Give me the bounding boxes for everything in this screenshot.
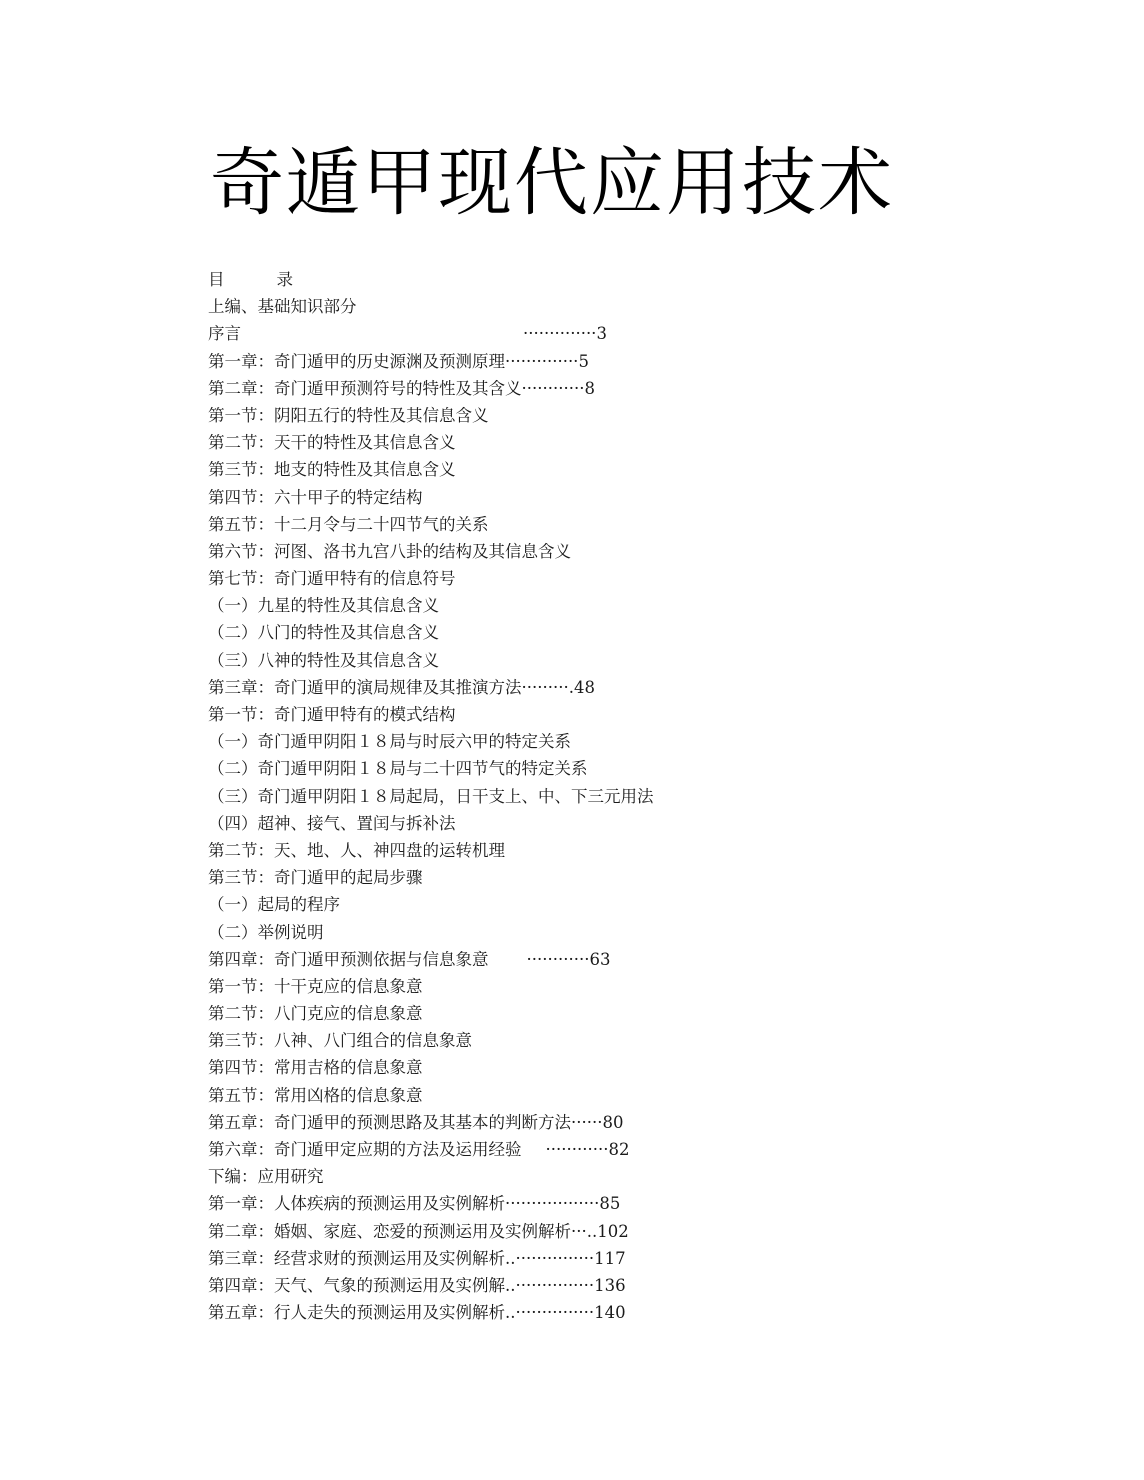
- toc-entry-title: 第二节：天、地、人、神四盘的运转机理: [208, 841, 505, 860]
- toc-entry-title: 第一章：人体疾病的预测运用及实例解析: [208, 1194, 505, 1213]
- toc-entry-title: 第一节：奇门遁甲特有的模式结构: [208, 705, 456, 724]
- toc-entry-page-number: 63: [589, 950, 610, 969]
- toc-entry[interactable]: 第一节：奇门遁甲特有的模式结构: [208, 701, 728, 728]
- toc-entry-title: 第三节：地支的特性及其信息含义: [208, 460, 456, 479]
- toc-entry[interactable]: 第四节：六十甲子的特定结构: [208, 484, 728, 511]
- toc-entry-title: 第三章：经营求财的预测运用及实例解析: [208, 1249, 505, 1268]
- toc-entry-title: （二）奇门遁甲阴阳１８局与二十四节气的特定关系: [208, 759, 588, 778]
- toc-entry-title: 第三章：奇门遁甲的演局规律及其推演方法: [208, 678, 522, 697]
- toc-entry[interactable]: （一）起局的程序: [208, 891, 728, 918]
- toc-entry-leader: ············: [522, 379, 585, 398]
- toc-entry-title: 第一章：奇门遁甲的历史源渊及预测原理: [208, 352, 505, 371]
- toc-entry-title: 序言: [208, 324, 241, 343]
- toc-entry-title: 第六章：奇门遁甲定应期的方法及运用经验: [208, 1140, 522, 1159]
- toc-entry[interactable]: 第四章：天气、气象的预测运用及实例解..···············136: [208, 1272, 728, 1299]
- toc-entry-page-number: 136: [594, 1276, 626, 1295]
- toc-entry[interactable]: 第三章：经营求财的预测运用及实例解析..···············117: [208, 1245, 728, 1272]
- toc-entry-leader: ··············: [523, 324, 596, 343]
- document-title: 奇遁甲现代应用技术: [210, 138, 890, 228]
- toc-entry-title: 第五节：常用凶格的信息象意: [208, 1086, 423, 1105]
- toc-entry[interactable]: 第五节：常用凶格的信息象意: [208, 1082, 728, 1109]
- toc-entry[interactable]: 下编：应用研究: [208, 1163, 728, 1190]
- toc-entry-title: 上编、基础知识部分: [208, 297, 357, 316]
- toc-entry[interactable]: 序言··············3: [208, 320, 728, 347]
- toc-entry[interactable]: 第二章：婚姻、家庭、恋爱的预测运用及实例解析···..102: [208, 1218, 728, 1245]
- toc-entry-page-number: 3: [596, 324, 607, 343]
- toc-entry-title: 第三节：八神、八门组合的信息象意: [208, 1031, 472, 1050]
- toc-entry-title: 第四章：天气、气象的预测运用及实例解: [208, 1276, 505, 1295]
- toc-entry-title: 第一节：阴阳五行的特性及其信息含义: [208, 406, 489, 425]
- toc-entry-leader: ··················: [505, 1194, 599, 1213]
- toc-entry-leader: ··············: [505, 352, 578, 371]
- toc-entry-title: （二）八门的特性及其信息含义: [208, 623, 439, 642]
- toc-entry-leader: ······: [571, 1113, 602, 1132]
- toc-entry[interactable]: 第四章：奇门遁甲预测依据与信息象意············63: [208, 946, 728, 973]
- toc-entry[interactable]: 第一章：人体疾病的预测运用及实例解析··················85: [208, 1190, 728, 1217]
- toc-entry-page-number: 117: [594, 1249, 626, 1268]
- toc-entry[interactable]: 第二节：天、地、人、神四盘的运转机理: [208, 837, 728, 864]
- toc-entry[interactable]: 第三章：奇门遁甲的演局规律及其推演方法·········.48: [208, 674, 728, 701]
- toc-entry-title: 第四节：六十甲子的特定结构: [208, 488, 423, 507]
- toc-entry-leader: ············: [546, 1140, 609, 1159]
- toc-entry[interactable]: 第六节：河图、洛书九宫八卦的结构及其信息含义: [208, 538, 728, 565]
- toc-entry-title: （一）九星的特性及其信息含义: [208, 596, 439, 615]
- toc-entry[interactable]: （一）奇门遁甲阴阳１８局与时辰六甲的特定关系: [208, 728, 728, 755]
- toc-entry-leader: ..···············: [505, 1303, 594, 1322]
- toc-entry[interactable]: 第七节：奇门遁甲特有的信息符号: [208, 565, 728, 592]
- toc-entry-page-number: 140: [594, 1303, 626, 1322]
- toc-entry[interactable]: 第三节：八神、八门组合的信息象意: [208, 1027, 728, 1054]
- toc-entry-page-number: 8: [584, 379, 595, 398]
- toc-entry-title: 第四章：奇门遁甲预测依据与信息象意: [208, 950, 489, 969]
- toc-entry-title: （三）奇门遁甲阴阳１８局起局，日干支上、中、下三元用法: [208, 787, 654, 806]
- toc-entry[interactable]: （二）举例说明: [208, 919, 728, 946]
- toc-entry[interactable]: 第二节：天干的特性及其信息含义: [208, 429, 728, 456]
- toc-entry-title: （一）奇门遁甲阴阳１８局与时辰六甲的特定关系: [208, 732, 571, 751]
- toc-entry-title: 第二节：天干的特性及其信息含义: [208, 433, 456, 452]
- toc-entry-title: 第二章：奇门遁甲预测符号的特性及其含义: [208, 379, 522, 398]
- toc-entry[interactable]: 第一节：十干克应的信息象意: [208, 973, 728, 1000]
- toc-entry[interactable]: 第三节：奇门遁甲的起局步骤: [208, 864, 728, 891]
- toc-entry-title: 第七节：奇门遁甲特有的信息符号: [208, 569, 456, 588]
- toc-entry-leader: ·········: [522, 678, 569, 697]
- toc-entry-leader: ···..: [571, 1222, 597, 1241]
- toc-entry[interactable]: （二）奇门遁甲阴阳１８局与二十四节气的特定关系: [208, 755, 728, 782]
- toc-entry[interactable]: （四）超神、接气、置闰与拆补法: [208, 810, 728, 837]
- toc-entry-title: 第一节：十干克应的信息象意: [208, 977, 423, 996]
- toc-entry-page-number: 80: [602, 1113, 623, 1132]
- toc-entry-title: 第四节：常用吉格的信息象意: [208, 1058, 423, 1077]
- toc-entry[interactable]: （一）九星的特性及其信息含义: [208, 592, 728, 619]
- toc-entry[interactable]: 第一章：奇门遁甲的历史源渊及预测原理··············5: [208, 348, 728, 375]
- toc-entry[interactable]: 第五节：十二月令与二十四节气的关系: [208, 511, 728, 538]
- toc-entry-title: 第五章：行人走失的预测运用及实例解析: [208, 1303, 505, 1322]
- toc-entries: 上编、基础知识部分序言··············3第一章：奇门遁甲的历史源渊及…: [208, 293, 728, 1326]
- toc-entry[interactable]: 第四节：常用吉格的信息象意: [208, 1054, 728, 1081]
- toc-entry-page-number: 102: [597, 1222, 629, 1241]
- toc-entry-page-number: 5: [578, 352, 589, 371]
- toc-entry[interactable]: 第二章：奇门遁甲预测符号的特性及其含义············8: [208, 375, 728, 402]
- toc-entry[interactable]: （二）八门的特性及其信息含义: [208, 619, 728, 646]
- toc-entry-title: 第六节：河图、洛书九宫八卦的结构及其信息含义: [208, 542, 571, 561]
- toc-entry-title: 第五节：十二月令与二十四节气的关系: [208, 515, 489, 534]
- toc-entry[interactable]: 第一节：阴阳五行的特性及其信息含义: [208, 402, 728, 429]
- toc-entry-title: （二）举例说明: [208, 923, 324, 942]
- toc-entry[interactable]: 第三节：地支的特性及其信息含义: [208, 456, 728, 483]
- toc-entry[interactable]: （三）奇门遁甲阴阳１８局起局，日干支上、中、下三元用法: [208, 783, 728, 810]
- toc-entry-title: （三）八神的特性及其信息含义: [208, 651, 439, 670]
- toc-entry[interactable]: 第五章：行人走失的预测运用及实例解析..···············140: [208, 1299, 728, 1326]
- toc-entry-page-number: .48: [569, 678, 595, 697]
- toc-entry-page-number: 82: [608, 1140, 629, 1159]
- toc-entry-leader: ············: [527, 950, 590, 969]
- toc-entry-title: （一）起局的程序: [208, 895, 340, 914]
- toc-entry-title: 第二章：婚姻、家庭、恋爱的预测运用及实例解析: [208, 1222, 571, 1241]
- toc-heading-left: 目: [208, 270, 225, 289]
- toc-entry-leader: ..···············: [505, 1276, 594, 1295]
- toc-entry[interactable]: （三）八神的特性及其信息含义: [208, 647, 728, 674]
- toc-entry-title: （四）超神、接气、置闰与拆补法: [208, 814, 456, 833]
- toc-entry[interactable]: 第五章：奇门遁甲的预测思路及其基本的判断方法······80: [208, 1109, 728, 1136]
- toc-entry[interactable]: 第六章：奇门遁甲定应期的方法及运用经验············82: [208, 1136, 728, 1163]
- toc-entry-title: 第二节：八门克应的信息象意: [208, 1004, 423, 1023]
- toc-entry-title: 下编：应用研究: [208, 1167, 324, 1186]
- toc-entry[interactable]: 第二节：八门克应的信息象意: [208, 1000, 728, 1027]
- toc-heading-right: 录: [277, 270, 294, 289]
- table-of-contents: 目录 上编、基础知识部分序言··············3第一章：奇门遁甲的历史…: [208, 266, 728, 1326]
- toc-entry-page-number: 85: [599, 1194, 620, 1213]
- toc-entry-title: 第五章：奇门遁甲的预测思路及其基本的判断方法: [208, 1113, 571, 1132]
- toc-entry[interactable]: 上编、基础知识部分: [208, 293, 728, 320]
- toc-heading: 目录: [208, 266, 728, 293]
- toc-entry-leader: ..···············: [505, 1249, 594, 1268]
- toc-entry-title: 第三节：奇门遁甲的起局步骤: [208, 868, 423, 887]
